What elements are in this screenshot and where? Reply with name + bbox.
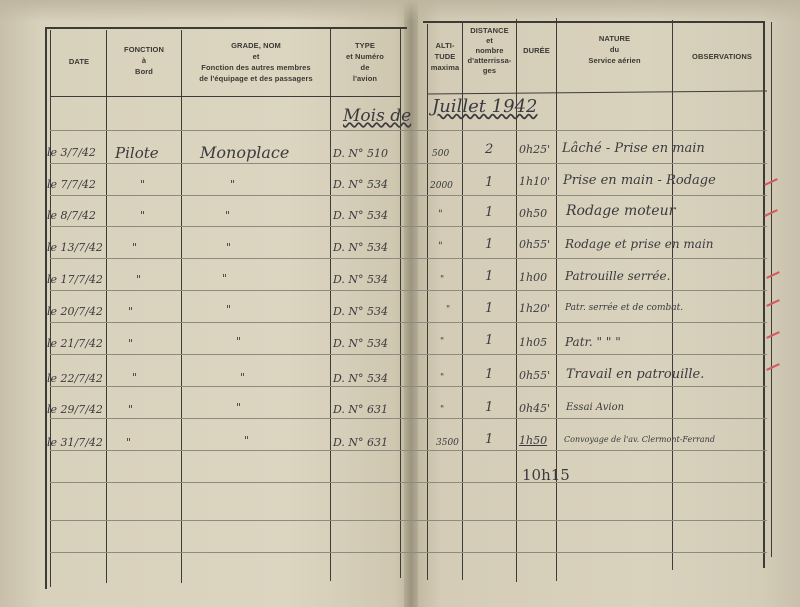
row-atterrissages: 1 <box>485 205 493 220</box>
row-nature: Travail en patrouille. <box>566 367 704 382</box>
row-line <box>50 130 767 131</box>
row-grade-nom: " <box>230 178 235 191</box>
row-grade-nom: " <box>226 303 231 316</box>
header-type-avion: TYPEet Numérodel'avion <box>331 40 399 84</box>
column-line <box>181 30 182 583</box>
row-fonction: Pilote <box>115 144 159 162</box>
header-distance: DISTANCEetnombred'atterrissa-ges <box>463 26 516 76</box>
row-avion: D. N° 534 <box>333 372 388 385</box>
row-line <box>50 195 767 196</box>
row-line <box>50 226 767 227</box>
header-altitude: ALTI-TUDEmaxima <box>428 40 462 73</box>
row-duree: 0h45' <box>519 402 550 415</box>
row-grade-nom: Monoplace <box>200 143 289 162</box>
row-line <box>50 386 767 387</box>
row-line <box>50 552 767 553</box>
column-line <box>556 18 557 581</box>
row-altitude: " <box>446 305 450 315</box>
header-fonction: FONCTIONàBord <box>107 44 181 77</box>
row-atterrissages: 1 <box>485 237 493 252</box>
row-line <box>50 258 767 259</box>
row-nature: Patrouille serrée. <box>565 269 670 283</box>
row-altitude: " <box>440 405 444 415</box>
row-line <box>50 322 767 323</box>
row-avion: D. N° 534 <box>333 273 388 286</box>
header-nature: NATUREduService aérien <box>557 33 672 66</box>
column-line <box>672 20 673 570</box>
row-date: le 20/7/42 <box>47 305 103 318</box>
row-line <box>50 290 767 291</box>
header-observations: OBSERVATIONS <box>673 51 771 62</box>
row-nature: Convoyage de l'av. Clermont-Ferrand <box>564 435 715 444</box>
column-line <box>106 30 107 583</box>
row-altitude: 3500 <box>436 438 459 448</box>
row-atterrissages: 1 <box>485 175 493 190</box>
row-atterrissages: 1 <box>485 301 493 316</box>
row-fonction: " <box>128 305 133 318</box>
row-atterrissages: 1 <box>485 269 493 284</box>
row-avion: D. N° 631 <box>333 436 388 449</box>
row-date: le 13/7/42 <box>47 241 103 254</box>
row-date: le 22/7/42 <box>47 372 103 385</box>
row-atterrissages: 2 <box>485 142 493 157</box>
row-atterrissages: 1 <box>485 333 493 348</box>
row-nature: Rodage et prise en main <box>565 237 714 251</box>
row-nature: Patr. " " " <box>565 335 621 349</box>
row-grade-nom: " <box>240 371 245 384</box>
row-line <box>50 520 767 521</box>
month-value: Juillet 1942 <box>432 96 538 117</box>
row-avion: D. N° 534 <box>333 337 388 350</box>
row-nature: Prise en main - Rodage <box>563 173 716 188</box>
row-nature: Lâché - Prise en main <box>562 141 705 156</box>
header-grade-nom: GRADE, NOMetFonction des autres membresd… <box>182 40 330 84</box>
row-line <box>50 354 767 355</box>
row-date: le 21/7/42 <box>47 337 103 350</box>
row-duree: 0h50 <box>519 207 547 220</box>
row-avion: D. N° 631 <box>333 403 388 416</box>
row-duree: 1h00 <box>519 271 547 284</box>
row-atterrissages: 1 <box>485 400 493 415</box>
column-line <box>330 29 331 581</box>
row-duree: 0h55' <box>519 369 550 382</box>
row-date: le 7/7/42 <box>47 178 96 191</box>
row-grade-nom: " <box>225 209 230 222</box>
row-atterrissages: 1 <box>485 432 493 447</box>
row-duree: 1h10' <box>519 175 550 188</box>
row-duree: 1h20' <box>519 302 550 315</box>
row-fonction: " <box>132 241 137 254</box>
header-duree: DURÉE <box>517 45 556 56</box>
row-grade-nom: " <box>222 272 227 285</box>
row-fonction: " <box>128 403 133 416</box>
row-altitude: " <box>438 209 443 220</box>
row-altitude: " <box>438 241 443 252</box>
row-fonction: " <box>136 273 141 286</box>
total-duree: 10h15 <box>522 466 570 484</box>
row-altitude: 2000 <box>430 181 453 191</box>
row-avion: D. N° 534 <box>333 178 388 191</box>
row-date: le 17/7/42 <box>47 273 103 286</box>
row-altitude: " <box>440 275 444 285</box>
row-atterrissages: 1 <box>485 367 493 382</box>
row-duree: 1h50 <box>519 434 547 447</box>
row-fonction: " <box>140 209 145 222</box>
row-fonction: " <box>132 371 137 384</box>
row-altitude: " <box>440 373 444 383</box>
row-duree: 0h55' <box>519 238 550 251</box>
row-line <box>50 418 767 419</box>
row-altitude: 500 <box>432 149 449 159</box>
row-line <box>50 163 767 164</box>
row-avion: D. N° 534 <box>333 209 388 222</box>
row-grade-nom: " <box>244 434 249 447</box>
row-grade-nom: " <box>226 241 231 254</box>
column-line <box>427 24 428 580</box>
row-avion: D. N° 534 <box>333 305 388 318</box>
row-line <box>50 450 767 451</box>
header-rule <box>50 96 400 97</box>
row-line <box>50 482 767 483</box>
row-nature: Rodage moteur <box>566 203 675 219</box>
row-fonction: " <box>140 178 145 191</box>
row-avion: D. N° 534 <box>333 241 388 254</box>
page-edge-shadow <box>0 0 800 22</box>
row-grade-nom: " <box>236 335 241 348</box>
row-duree: 0h25' <box>519 143 550 156</box>
row-avion: D. N° 510 <box>333 147 388 160</box>
row-fonction: " <box>126 436 131 449</box>
header-date: DATE <box>52 56 106 67</box>
row-date: le 29/7/42 <box>47 403 103 416</box>
row-date: le 31/7/42 <box>47 436 103 449</box>
row-grade-nom: " <box>236 401 241 414</box>
row-date: le 3/7/42 <box>47 146 96 159</box>
row-duree: 1h05 <box>519 336 547 349</box>
row-date: le 8/7/42 <box>47 209 96 222</box>
month-label: Mois de <box>343 106 411 126</box>
row-nature: Essai Avion <box>566 402 624 413</box>
column-line <box>771 22 772 557</box>
row-fonction: " <box>128 337 133 350</box>
row-altitude: " <box>440 337 444 347</box>
row-nature: Patr. serrée et de combat. <box>565 303 683 313</box>
